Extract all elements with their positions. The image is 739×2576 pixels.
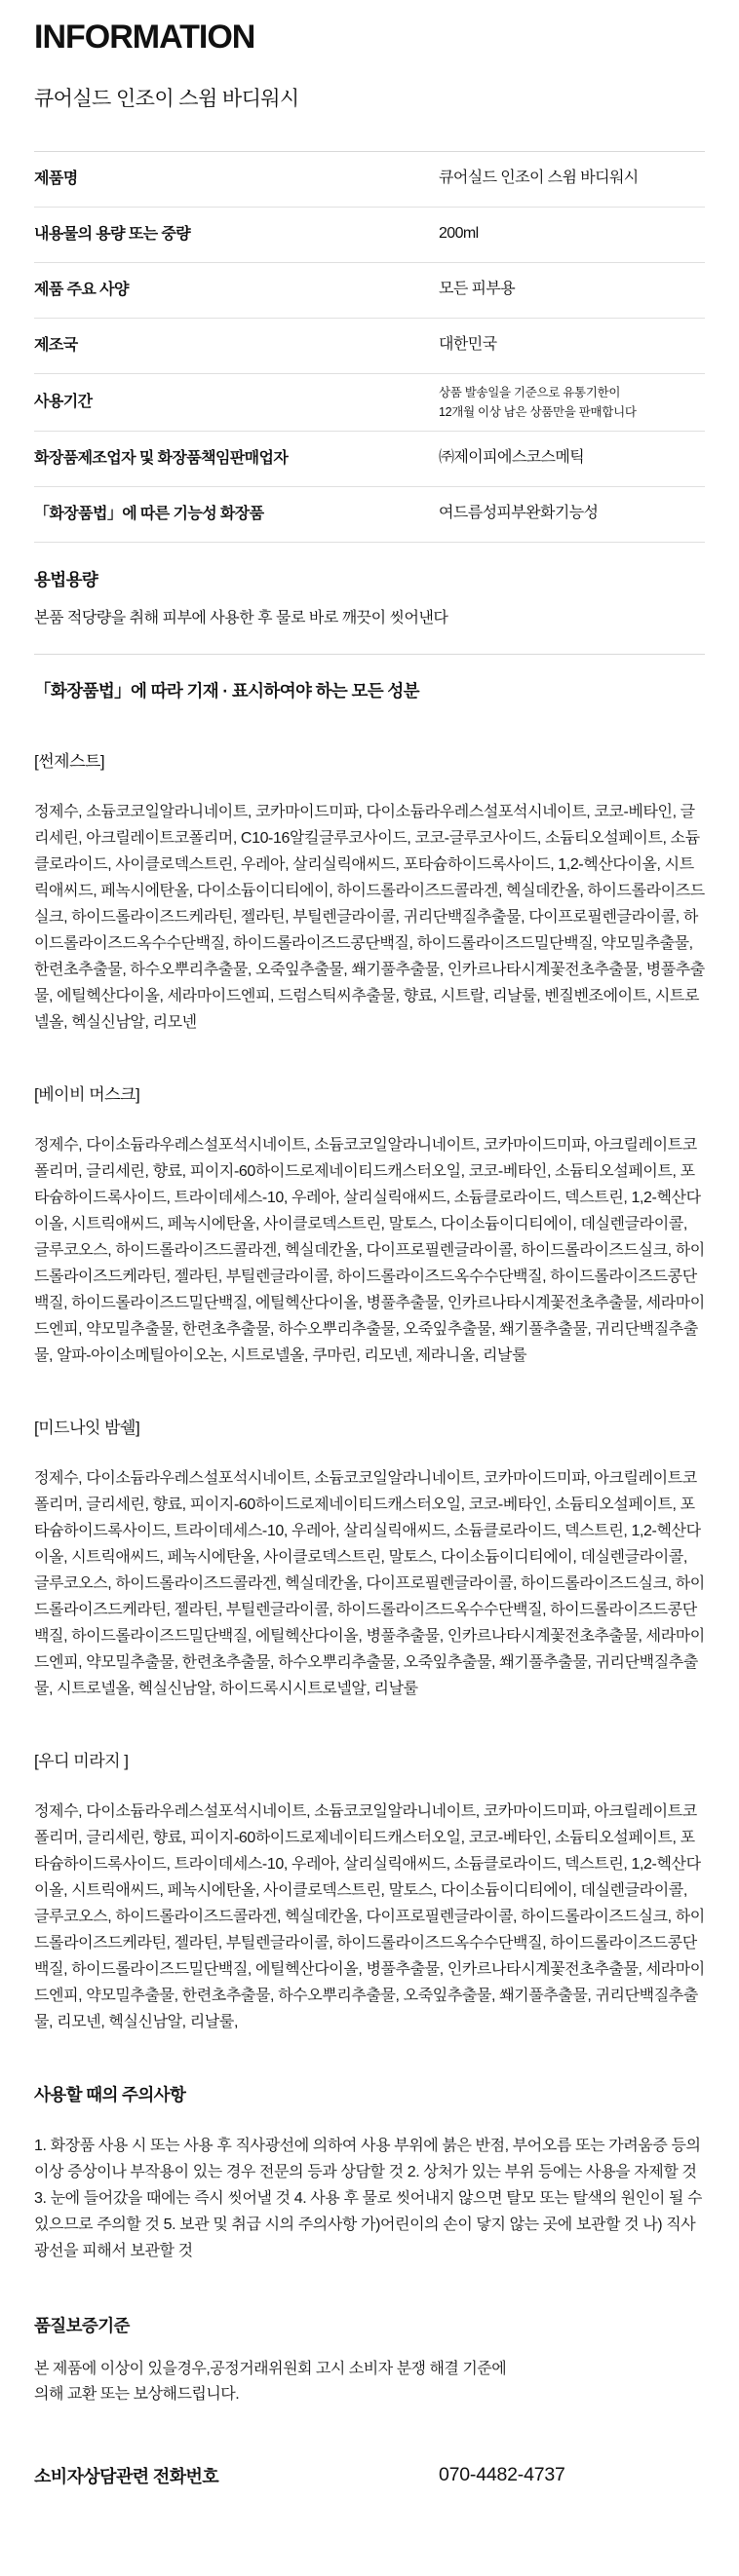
spec-label: 제조국 <box>34 335 439 357</box>
spec-value: ㈜제이피에스코스메틱 <box>439 447 705 469</box>
spec-row-manufacturer: 화장품제조업자 및 화장품책임판매업자 ㈜제이피에스코스메틱 <box>34 432 705 487</box>
spec-value: 큐어실드 인조이 스윔 바디워시 <box>439 168 705 189</box>
spec-row-volume: 내용물의 용량 또는 중량 200ml <box>34 208 705 263</box>
spec-row-product-name: 제품명 큐어실드 인조이 스윔 바디워시 <box>34 152 705 208</box>
spec-label: 사용기간 <box>34 392 439 413</box>
warranty-heading: 품질보증기준 <box>34 2315 705 2337</box>
variant-ingredients: 정제수, 다이소듐라우레스설포석시네이트, 소듐코코일알라니네이트, 코카마이드… <box>34 1799 705 2035</box>
warranty-body: 본 제품에 이상이 있을경우,공정거래위원회 고시 소비자 분쟁 해결 기준에 … <box>34 2357 705 2408</box>
contact-phone-number: 070-4482-4737 <box>439 2464 705 2486</box>
variant-name: [우디 미라지 ] <box>34 1751 705 1772</box>
page-title: INFORMATION <box>34 19 705 56</box>
variant-ingredients: 정제수, 다이소듐라우레스설포석시네이트, 소듐코코일알라니네이트, 코카마이드… <box>34 1132 705 1369</box>
variant-ingredients: 정제수, 다이소듐라우레스설포석시네이트, 소듐코코일알라니네이트, 코카마이드… <box>34 1465 705 1702</box>
spec-row-shelf-life: 사용기간 상품 발송일을 기준으로 유통기한이 12개월 이상 남은 상품만을 … <box>34 374 705 432</box>
spec-label: 제품 주요 사양 <box>34 280 439 301</box>
spec-row-specification: 제품 주요 사양 모든 피부용 <box>34 263 705 319</box>
spec-label: 내용물의 용량 또는 중량 <box>34 224 439 246</box>
variant-name: [썬제스트] <box>34 751 705 773</box>
product-information-panel: INFORMATION 큐어실드 인조이 스윔 바디워시 제품명 큐어실드 인조… <box>0 0 739 2576</box>
cautions-heading: 사용할 때의 주의사항 <box>34 2084 705 2106</box>
cautions-body: 1. 화장품 사용 시 또는 사용 후 직사광선에 의하여 사용 부위에 붉은 … <box>34 2133 705 2264</box>
spec-row-functional-cosmetic: 「화장품법」에 따른 기능성 화장품 여드름성피부완화기능성 <box>34 487 705 543</box>
spec-row-country: 제조국 대한민국 <box>34 319 705 374</box>
product-subtitle: 큐어실드 인조이 스윔 바디워시 <box>34 87 705 111</box>
spec-label: 「화장품법」에 따른 기능성 화장품 <box>34 504 439 525</box>
spec-label: 화장품제조업자 및 화장품책임판매업자 <box>34 448 439 470</box>
contact-row: 소비자상담관련 전화번호 070-4482-4737 <box>34 2463 705 2488</box>
usage-body: 본품 적당량을 취해 피부에 사용한 후 물로 바로 깨끗이 씻어낸다 <box>34 607 705 630</box>
contact-label: 소비자상담관련 전화번호 <box>34 2463 439 2488</box>
spec-value: 모든 피부용 <box>439 279 705 300</box>
variant-name: [베이비 머스크] <box>34 1084 705 1106</box>
spec-value: 여드름성피부완화기능성 <box>439 503 705 524</box>
ingredients-variant-midnight-bombshell: [미드나잇 밤쉘] 정제수, 다이소듐라우레스설포석시네이트, 소듐코코일알라니… <box>34 1418 705 1702</box>
variant-name: [미드나잇 밤쉘] <box>34 1418 705 1439</box>
spec-value: 대한민국 <box>439 334 705 356</box>
spec-value: 상품 발송일을 기준으로 유통기한이 12개월 이상 남은 상품만을 판매합니다 <box>439 383 705 422</box>
divider <box>34 654 705 655</box>
spec-label: 제품명 <box>34 169 439 190</box>
spec-value: 200ml <box>439 223 705 245</box>
ingredients-variant-sunzest: [썬제스트] 정제수, 소듐코코일알라니네이트, 코카마이드미파, 다이소듐라우… <box>34 751 705 1036</box>
spec-table: 제품명 큐어실드 인조이 스윔 바디워시 내용물의 용량 또는 중량 200ml… <box>34 152 705 543</box>
ingredients-variant-woody-mirage: [우디 미라지 ] 정제수, 다이소듐라우레스설포석시네이트, 소듐코코일알라니… <box>34 1751 705 2035</box>
usage-heading: 용법용량 <box>34 569 705 591</box>
ingredients-heading: 「화장품법」에 따라 기재 · 표시하여야 하는 모든 성분 <box>34 680 705 702</box>
variant-ingredients: 정제수, 소듐코코일알라니네이트, 코카마이드미파, 다이소듐라우레스설포석시네… <box>34 799 705 1036</box>
ingredients-variant-baby-musk: [베이비 머스크] 정제수, 다이소듐라우레스설포석시네이트, 소듐코코일알라니… <box>34 1084 705 1369</box>
